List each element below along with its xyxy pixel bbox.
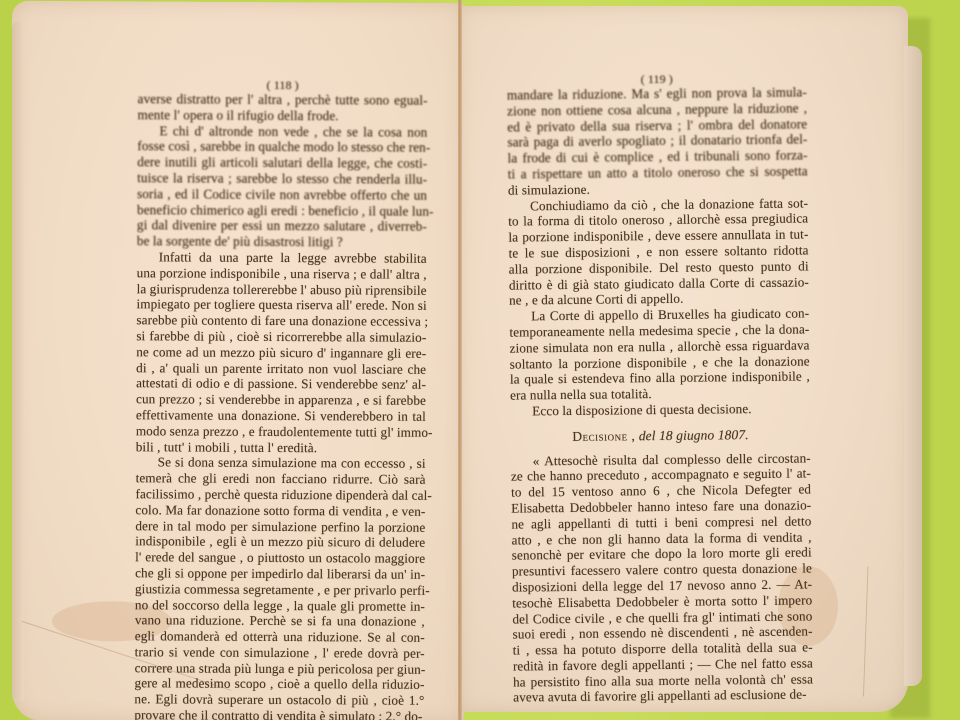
text-line: vano una riduzione. Perchè se si fa una … [135, 613, 425, 630]
text-line: Ecco la disposizione di questa decisione… [510, 400, 810, 419]
text-line: Se si dona senza simulazione ma con ecce… [136, 455, 426, 472]
text-line: averse distratto per l' altra , perchè t… [138, 91, 428, 108]
text-line: effettivamente una donazione. Si vendere… [136, 407, 426, 424]
book-gutter [458, 0, 462, 720]
text-line: che gli si oppone per impedirlo dal libe… [135, 565, 425, 582]
text-line: mente l' opera o il rifugio della frode. [137, 107, 427, 124]
text-line: cun prezzo ; si venderebbe in apparenza … [136, 391, 426, 408]
text-line: tuisce la riserva ; sarebbe lo stesso ch… [137, 170, 427, 187]
text-line: impiegato per togliere questa riserva al… [136, 297, 426, 314]
left-page-body: averse distratto per l' altra , perchè t… [134, 91, 427, 720]
text-line: ti a rispettare un atto a titolo oneroso… [508, 163, 808, 182]
text-line: di , a' quali un parente irritato non vu… [136, 360, 426, 377]
text-line: ne. Egli dovrà superare un ostacolo di p… [134, 692, 424, 709]
text-line: Infatti da una parte la legge avrebbe st… [137, 249, 427, 266]
text-line: correre una strada più lunga e più peric… [135, 660, 425, 677]
page-number: ( 118 ) [138, 78, 428, 92]
text-line: E chi d' altronde non vede , che se la c… [137, 123, 427, 140]
decision-label: Decisione , [572, 428, 635, 444]
text-line: be la sorgente de' più disastrosi litigi… [137, 233, 427, 250]
text-line: bili , tutt' i mobili , tutta l' eredità… [136, 439, 426, 456]
decision-heading: Decisione , del 18 giugno 1807. [510, 426, 810, 445]
text-line: aveva avuta di favorire gli appellanti a… [513, 687, 813, 706]
text-line: sarebbe più contento di fare una donazio… [136, 312, 426, 329]
text-line: una porzione indisponibile , una riserva… [137, 265, 427, 282]
text-line: si farebbe di più , cioè si ricorrerebbe… [136, 328, 426, 345]
left-page-text: ( 118 ) averse distratto per l' altra , … [134, 78, 427, 720]
text-line: no del soccorso della legge , la quale g… [135, 597, 425, 614]
text-line: modo senza prezzo , e fraudolentemente t… [136, 423, 426, 440]
text-line: dere in tal modo per simulazione perfino… [135, 518, 425, 535]
text-line: dere inutili gli articoli salutari della… [137, 154, 427, 171]
text-line: provare che il contratto di vendita è si… [134, 707, 424, 720]
text-line: l' erede del sangue , o piuttosto un ost… [135, 549, 425, 566]
text-line: fosse così , sarebbe in qualche modo lo … [137, 139, 427, 156]
text-line: facilissimo , perchè questa riduzione di… [135, 486, 425, 503]
text-line: gere al medesimo scopo , cioè a quello d… [134, 676, 424, 693]
right-page-text: ( 119 ) mandare la riduzione. Ma s' egli… [507, 71, 814, 705]
text-line: attestati di odio e di passione. Si vend… [136, 376, 426, 393]
text-line: indisponibile , egli è un mezzo più sicu… [135, 534, 425, 551]
text-line: gi dal divenire per essi un mezzo saluta… [137, 218, 427, 235]
text-line: egli domanderà ed otterrà una riduzione.… [135, 628, 425, 645]
text-line: la giurisprudenza tollererebbe l' abuso … [137, 281, 427, 298]
text-line: temerà che gli eredi non facciano ridurr… [136, 470, 426, 487]
text-line: trario si vende con simulazione , l' ere… [135, 644, 425, 661]
text-line: giustizia commessa segretamente , e per … [135, 581, 425, 598]
paper-crease [863, 566, 869, 696]
right-page-body-top: mandare la riduzione. Ma s' egli non pro… [507, 84, 810, 419]
text-line: beneficio chimerico agli eredi : benefic… [137, 202, 427, 219]
decision-date: del 18 giugno 1807. [639, 427, 749, 443]
text-line: ne come ad un mezzo più sicuro d' ingann… [136, 344, 426, 361]
text-line: soria , ed il Codice civile non avrebbe … [137, 186, 427, 203]
text-line: colo. Ma far donazione sotto forma di ve… [135, 502, 425, 519]
right-page-body-bottom: « Attesochè risulta dal complesso delle … [511, 450, 814, 706]
text-line: la quale si estendeva fino alla porzione… [510, 369, 810, 388]
